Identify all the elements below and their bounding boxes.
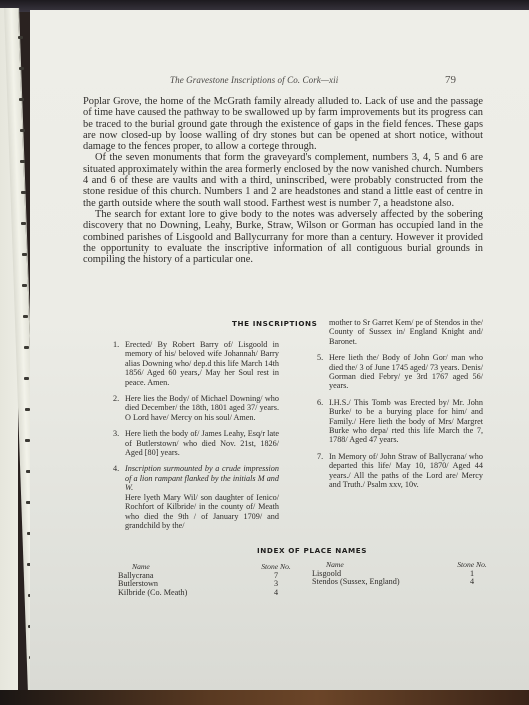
entry-text: Here lieth the body of/ James Leahy, Esq… <box>125 429 279 457</box>
inscription-entry: 6. I.H.S./ This Tomb was Erected by/ Mr.… <box>317 398 483 445</box>
entry-text: In Memory of/ John Straw of Ballycrana/ … <box>329 452 483 489</box>
stitch-mark <box>21 222 26 225</box>
entry-text: Here lieth the/ Body of John Gor/ man wh… <box>329 353 483 390</box>
entry-text: Here lies the Body/ of Michael Downing/ … <box>125 394 279 422</box>
place-name: Stendos (Sussex, England) <box>312 578 452 587</box>
entry-note: Inscription surmounted by a crude impres… <box>125 464 279 492</box>
inscription-entry: 7. In Memory of/ John Straw of Ballycran… <box>317 452 483 490</box>
index-table-right: Name Stone No. Lisgoold 1 Stendos (Susse… <box>312 561 492 587</box>
table-surface <box>0 690 529 705</box>
inscriptions-column-left: 1. Erected/ By Robert Barry of/ Lisgoold… <box>113 340 279 537</box>
inscription-entry: 2. Here lies the Body/ of Michael Downin… <box>113 394 279 422</box>
stitch-mark <box>21 191 26 194</box>
stitch-mark <box>22 284 27 287</box>
stitch-mark <box>24 346 29 349</box>
inscription-entry: 1. Erected/ By Robert Barry of/ Lisgoold… <box>113 340 279 387</box>
entry-continuation: mother to Sr Garret Kem/ pe of Stendos i… <box>317 318 483 346</box>
inscription-entry: 4. Inscription surmounted by a crude imp… <box>113 464 279 530</box>
index-table-left: Name Stone No. Ballycrana 7 Butlerstown … <box>118 563 296 597</box>
stitch-mark <box>25 408 30 411</box>
place-name: Kilbride (Co. Meath) <box>118 589 256 598</box>
entry-number: 2. <box>113 394 119 403</box>
running-head: The Gravestone Inscriptions of Co. Cork—… <box>170 75 338 85</box>
entry-text: I.H.S./ This Tomb was Erected by/ Mr. Jo… <box>329 398 483 445</box>
stone-number: 4 <box>452 578 492 587</box>
inscriptions-heading: THE INSCRIPTIONS <box>232 319 317 328</box>
entry-number: 4. <box>113 464 119 473</box>
index-row: Stendos (Sussex, England) 4 <box>312 578 492 587</box>
body-text: Poplar Grove, the home of the McGrath fa… <box>83 96 483 265</box>
page-number: 79 <box>445 74 456 86</box>
entry-number: 5. <box>317 353 323 362</box>
stitch-mark <box>20 160 25 163</box>
stitch-mark <box>18 36 23 39</box>
stitch-mark <box>22 253 27 256</box>
paragraph: Poplar Grove, the home of the McGrath fa… <box>83 96 483 152</box>
inscription-entry: 5. Here lieth the/ Body of John Gor/ man… <box>317 353 483 391</box>
paragraph: The search for extant lore to give body … <box>83 209 483 265</box>
index-row: Kilbride (Co. Meath) 4 <box>118 589 296 598</box>
entry-number: 6. <box>317 398 323 407</box>
entry-number: 3. <box>113 429 119 438</box>
entry-number: 1. <box>113 340 119 349</box>
stitch-mark <box>24 377 29 380</box>
stitch-mark <box>20 129 25 132</box>
entry-text: Here lyeth Mary Wil/ son daughter of Ien… <box>125 493 279 531</box>
stitch-mark <box>19 98 24 101</box>
stone-number: 4 <box>256 589 296 598</box>
entry-text: Erected/ By Robert Barry of/ Lisgoold in… <box>125 340 279 387</box>
entry-number: 7. <box>317 452 323 461</box>
inscriptions-column-right: mother to Sr Garret Kem/ pe of Stendos i… <box>317 318 483 497</box>
book-page: The Gravestone Inscriptions of Co. Cork—… <box>30 10 529 692</box>
inscription-entry: 3. Here lieth the body of/ James Leahy, … <box>113 429 279 457</box>
paragraph: Of the seven monuments that form the gra… <box>83 152 483 208</box>
stitch-mark <box>23 315 28 318</box>
stitch-mark <box>19 67 24 70</box>
index-heading: INDEX OF PLACE NAMES <box>257 546 367 555</box>
